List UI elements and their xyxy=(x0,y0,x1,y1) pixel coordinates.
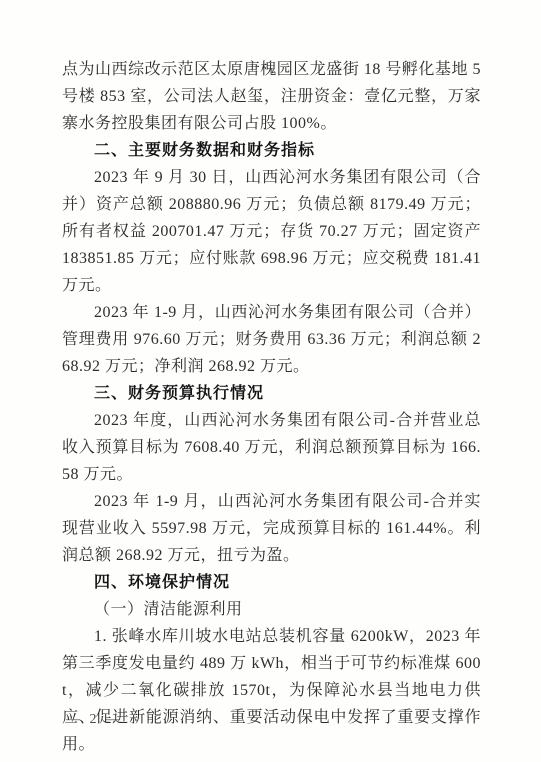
body-paragraph-budget-targets: 2023 年度，山西沁河水务集团有限公司-合并营业总收入预算目标为 7608.4… xyxy=(62,407,481,488)
subsection-heading-clean-energy: （一）清洁能源利用 xyxy=(62,596,481,623)
body-paragraph-budget-achievement: 2023 年 1-9 月，山西沁河水务集团有限公司-合并实现营业收入 5597.… xyxy=(62,488,481,569)
body-paragraph-hydropower-station: 1. 张峰水库川坡水电站总装机容量 6200kW，2023 年第三季度发电量约 … xyxy=(62,623,481,758)
section-heading-environmental-protection: 四、环境保护情况 xyxy=(62,569,481,596)
body-paragraph-registration: 点为山西综改示范区太原唐槐园区龙盛街 18 号孵化基地 5 号楼 853 室，公… xyxy=(62,56,481,137)
body-paragraph-balance-sheet: 2023 年 9 月 30 日，山西沁河水务集团有限公司（合并）资产总额 208… xyxy=(62,164,481,299)
page-number: — 2 — xyxy=(66,712,123,728)
body-paragraph-expenses-profit: 2023 年 1-9 月，山西沁河水务集团有限公司（合并）管理费用 976.60… xyxy=(62,299,481,380)
section-heading-budget-execution: 三、财务预算执行情况 xyxy=(62,380,481,407)
document-page: 点为山西综改示范区太原唐槐园区龙盛街 18 号孵化基地 5 号楼 853 室，公… xyxy=(0,0,541,762)
section-heading-financial-data: 二、主要财务数据和财务指标 xyxy=(62,137,481,164)
